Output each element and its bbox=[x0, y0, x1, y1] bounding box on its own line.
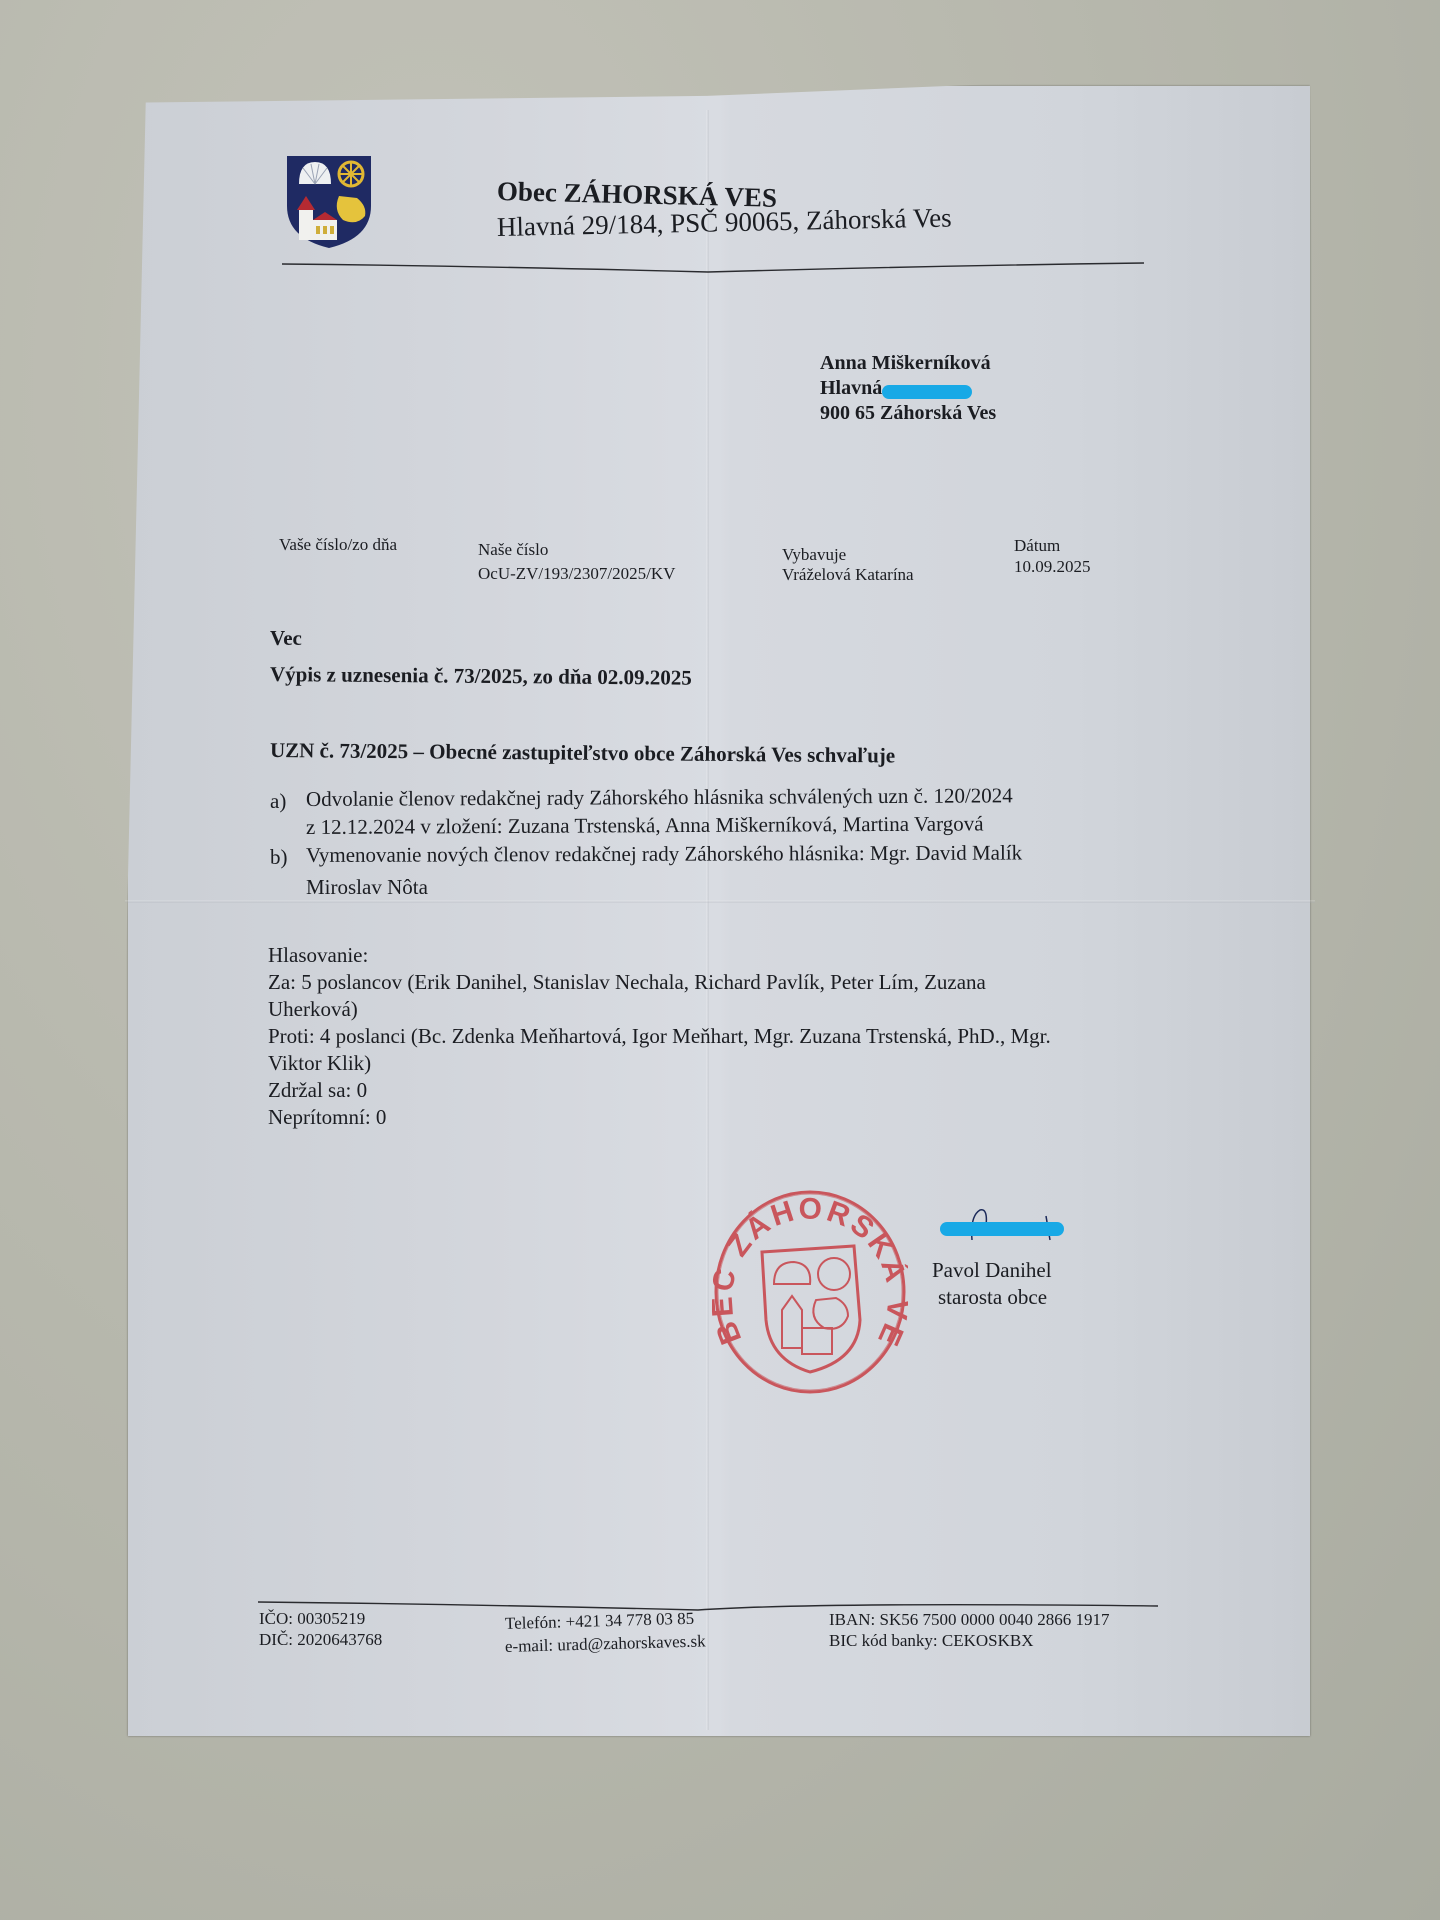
official-stamp-icon: OBEC ZÁHORSKÁ VES bbox=[712, 1188, 908, 1396]
coat-of-arms-icon bbox=[285, 154, 373, 250]
your-ref-label: Vaše číslo/zo dňa bbox=[279, 535, 397, 555]
footer-ico: IČO: 00305219 bbox=[259, 1609, 365, 1629]
signatory-name: Pavol Danihel bbox=[932, 1258, 1052, 1283]
document-page bbox=[128, 86, 1310, 1736]
voting-for-line-1: Za: 5 poslancov (Erik Danihel, Stanislav… bbox=[268, 970, 986, 995]
footer-iban: IBAN: SK56 7500 0000 0040 2866 1917 bbox=[829, 1610, 1110, 1630]
item-a-line-2: z 12.12.2024 v zložení: Zuzana Trstenská… bbox=[306, 811, 984, 840]
date-label: Dátum bbox=[1014, 536, 1060, 556]
footer-dic: DIČ: 2020643768 bbox=[259, 1630, 382, 1650]
item-b-line-1: Vymenovanie nových členov redakčnej rady… bbox=[306, 841, 1022, 868]
subject-text: Výpis z uznesenia č. 73/2025, zo dňa 02.… bbox=[270, 662, 692, 691]
our-ref-value: OcU-ZV/193/2307/2025/KV bbox=[478, 564, 675, 584]
header-divider bbox=[282, 262, 1144, 274]
handled-by-value: Vráželová Katarína bbox=[782, 565, 914, 585]
item-b-label: b) bbox=[270, 845, 288, 870]
recipient-street: Hlavná bbox=[820, 377, 882, 400]
item-a-label: a) bbox=[270, 789, 286, 814]
redacted-house-number bbox=[882, 385, 972, 399]
vertical-fold-crease bbox=[706, 110, 709, 1730]
item-b-line-2: Miroslav Nôta bbox=[306, 875, 428, 900]
horizontal-fold-crease bbox=[125, 900, 1315, 903]
our-ref-label: Naše číslo bbox=[478, 540, 548, 560]
voting-absent: Neprítomní: 0 bbox=[268, 1105, 386, 1130]
subject-label: Vec bbox=[270, 626, 302, 651]
footer-bic: BIC kód banky: CEKOSKBX bbox=[829, 1631, 1033, 1651]
item-a-line-1: Odvolanie členov redakčnej rady Záhorské… bbox=[306, 783, 1013, 812]
signatory-title: starosta obce bbox=[938, 1285, 1047, 1310]
voting-abstained: Zdržal sa: 0 bbox=[268, 1078, 367, 1103]
voting-against-line-2: Viktor Klik) bbox=[268, 1051, 371, 1076]
voting-heading: Hlasovanie: bbox=[268, 943, 368, 968]
voting-against-line-1: Proti: 4 poslanci (Bc. Zdenka Meňhartová… bbox=[268, 1024, 1051, 1049]
redacted-signature bbox=[940, 1222, 1064, 1236]
recipient-name: Anna Miškerníková bbox=[820, 352, 991, 375]
voting-for-line-2: Uherková) bbox=[268, 997, 358, 1022]
recipient-city: 900 65 Záhorská Ves bbox=[820, 402, 996, 425]
handled-by-label: Vybavuje bbox=[782, 545, 846, 565]
date-value: 10.09.2025 bbox=[1014, 557, 1091, 577]
